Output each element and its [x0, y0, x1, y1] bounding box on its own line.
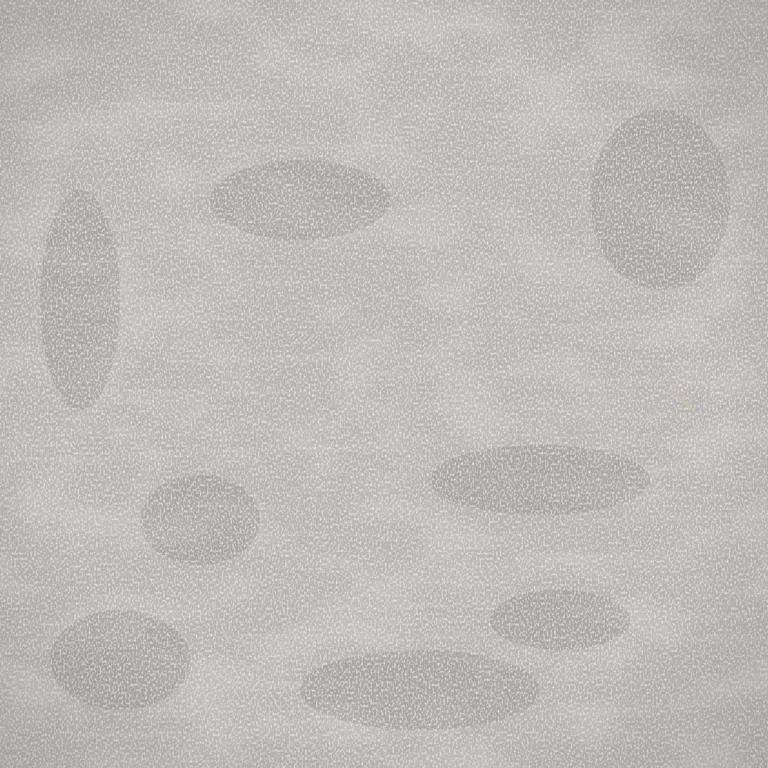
carpet-texture: [0, 0, 768, 768]
vignette: [0, 0, 768, 768]
carpet-swatch-photo: Full-frame textured carpet sample with a…: [0, 0, 768, 768]
